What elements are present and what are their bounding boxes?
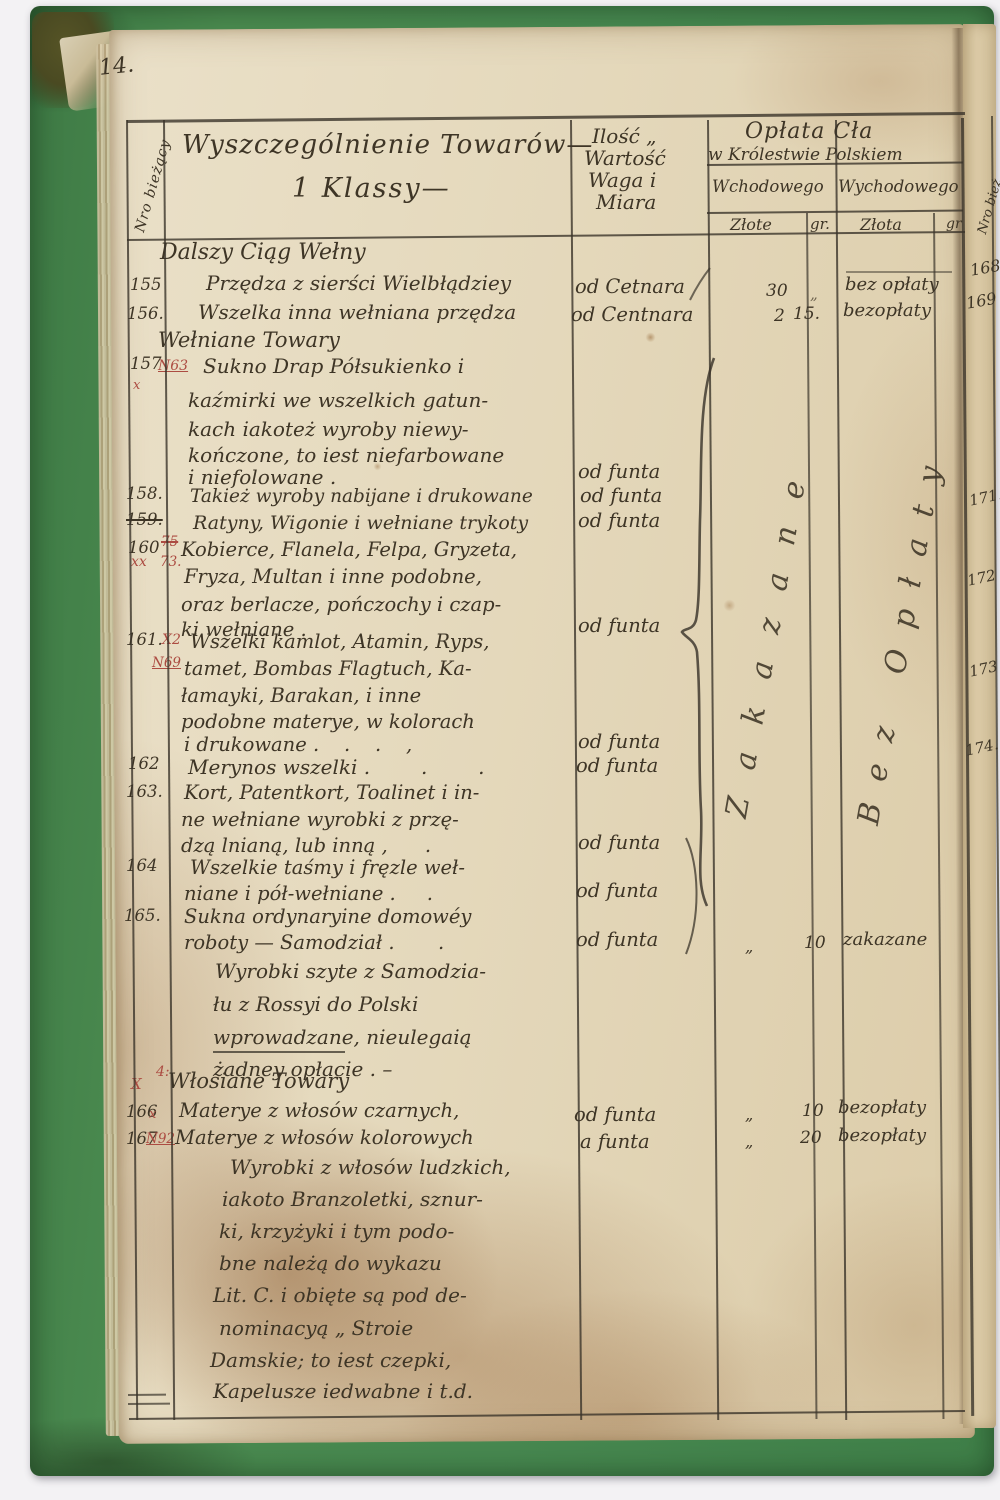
item-desc: i drukowane . . . , — [184, 735, 412, 755]
item-desc: Merynos wszelki . . . — [188, 757, 485, 777]
item-desc: Sukno Drap Półsukienko i — [203, 356, 464, 376]
item-desc: i niefolowane . — [188, 467, 336, 487]
item-note: wprowadzane, nieulegaią — [213, 1027, 472, 1047]
col1-closure-line — [128, 1394, 166, 1396]
item-measure: a funta — [580, 1132, 650, 1152]
underline-wprowadzane — [213, 1051, 345, 1053]
col-header-miara: Miara — [596, 192, 656, 212]
duty-zlote: 2 — [774, 308, 785, 325]
item-desc: oraz berlacze, pończochy i czap- — [181, 595, 501, 615]
red-annotation: x — [149, 1108, 156, 1121]
col-header-wartosc: Wartość — [584, 148, 666, 168]
item-desc: Wszelkie taśmy i fręzle weł- — [190, 858, 465, 878]
duty-wychodowe: zakazane — [843, 931, 927, 949]
item-desc: łamayki, Barakan, i inne — [181, 686, 421, 706]
item-desc: kończone, to iest niefarbowane — [188, 445, 504, 465]
item-note: iakoto Branzoletki, sznur- — [222, 1189, 483, 1209]
flourish-over-bez-oplaty — [846, 271, 952, 273]
item-no: 155 — [130, 277, 162, 294]
item-measure: od funta — [578, 732, 660, 752]
item-desc: Ratyny, Wigonie i wełniane trykoty — [193, 514, 528, 533]
item-no: 156. — [127, 306, 164, 323]
item-measure: od Cetnara — [575, 277, 685, 297]
item-desc: kach iakoteż wyroby niewy- — [188, 419, 469, 439]
item-note: ki, krzyżyki i tym podo- — [219, 1221, 454, 1241]
duty-gr: 10 — [804, 935, 826, 952]
red-annotation: 75 — [161, 536, 178, 550]
section-heading: Włosiane Towary — [168, 1071, 349, 1092]
duty-zlote: „ — [745, 1134, 753, 1150]
item-note: łu z Rossyi do Polski — [213, 994, 418, 1014]
scanned-ledger-photo: 14.Nro bieżącyWyszczególnienie Towarów—1… — [0, 0, 1000, 1500]
item-no: 165. — [124, 908, 161, 925]
next-page-item-no: 168 — [969, 258, 1000, 279]
col-header-wychodowego: Wychodowego — [838, 179, 959, 196]
red-annotation: x — [133, 379, 140, 392]
item-no: 164 — [126, 858, 158, 875]
col-header-waga: Waga i — [588, 170, 656, 190]
item-desc: Takież wyroby nabijane i drukowane — [190, 488, 533, 507]
duty-zlote: „ — [745, 1107, 753, 1123]
section-heading: Wełniane Towary — [158, 330, 340, 351]
item-desc: dzą lnianą, lub inną , . — [181, 836, 431, 856]
item-note: Wyrobki z włosów ludzkich, — [230, 1157, 511, 1177]
item-desc: kaźmirki we wszelkich gatun- — [188, 390, 488, 410]
duty-wychodowe: bezopłaty — [838, 1127, 926, 1145]
item-measure: od funta — [578, 616, 660, 636]
item-measure: od funta — [576, 756, 658, 776]
item-no: 157 — [130, 356, 162, 373]
item-desc: Kobierce, Flanela, Felpa, Gryzeta, — [181, 540, 517, 560]
item-note: Kapelusze iedwabne i t.d. — [213, 1381, 473, 1401]
item-measure: od funta — [576, 881, 658, 901]
item-measure: od funta — [576, 930, 658, 950]
subcol-gr-1: gr. — [810, 217, 830, 232]
duty-gr: „ — [810, 287, 818, 302]
item-no: 158. — [126, 486, 163, 503]
item-desc: Fryza, Multan i inne podobne, — [184, 567, 482, 587]
col1-closure-line — [128, 1403, 170, 1405]
item-desc: niane i pół-wełniane . . — [184, 884, 433, 904]
item-measure: od funta — [574, 1105, 656, 1125]
item-desc: Wszelki kamlot, Atamin, Ryps, — [190, 632, 489, 652]
section-heading: Dalszy Ciąg Wełny — [160, 242, 366, 264]
item-measure: od funta — [578, 462, 660, 482]
item-note: Wyrobki szyte z Samodzia- — [215, 961, 486, 981]
red-annotation: 73. — [160, 556, 181, 570]
duty-wychodowe: bezopłaty — [843, 302, 931, 320]
item-desc: Sukna ordynaryine domowéy — [184, 907, 471, 927]
item-desc: podobne materye, w kolorach — [181, 712, 475, 732]
duty-zlote: 30 — [766, 283, 788, 300]
folio-number: 14. — [98, 54, 135, 80]
duty-wychodowe: bez opłaty — [845, 276, 939, 294]
item-measure: od funta — [578, 511, 660, 531]
item-measure: od Centnara — [571, 305, 693, 325]
item-desc: Przędza z sierści Wielbłądziey — [206, 273, 511, 293]
subcol-gr-2: gr — [946, 217, 962, 231]
subcol-zlota: Złota — [860, 217, 902, 233]
item-desc: ne wełniane wyrobki z przę- — [181, 810, 459, 830]
red-annotation: X2 — [162, 633, 181, 647]
item-desc: Wszelka inna wełniana przędza — [198, 302, 516, 322]
item-desc: Kort, Patentkort, Toalinet i in- — [184, 783, 479, 803]
red-annotation: N63 — [158, 359, 188, 373]
duty-wychodowe: bezopłaty — [838, 1099, 926, 1117]
duty-zlote: „ — [745, 939, 753, 955]
subcol-zlote: Złote — [730, 217, 772, 233]
duty-gr: 20 — [800, 1130, 822, 1147]
col-header-oplata-cla: Opłata Cła — [745, 121, 873, 143]
red-annotation: xx — [131, 555, 147, 569]
header-title-line2: 1 Klassy— — [292, 175, 451, 202]
col-header-wchodowego: Wchodowego — [712, 179, 824, 196]
header-title-line1: Wyszczególnienie Towarów— — [182, 132, 593, 158]
item-note: nominacyą „ Stroie — [219, 1318, 413, 1338]
item-measure: od funta — [578, 833, 660, 853]
item-desc: Materye z włosów czarnych, — [179, 1101, 459, 1121]
item-note: Damskie; to iest czepki, — [210, 1350, 451, 1370]
col-header-ilosc: Ilość „ — [592, 126, 657, 146]
item-note: Lit. C. i obięte są pod de- — [213, 1285, 467, 1305]
item-measure: od funta — [580, 486, 662, 506]
item-desc: Materye z włosów kolorowych — [175, 1128, 474, 1148]
item-desc: tamet, Bombas Flagtuch, Ka- — [184, 659, 472, 679]
item-note: bne należą do wykazu — [219, 1253, 442, 1273]
item-desc: roboty — Samodział . . — [184, 933, 444, 953]
